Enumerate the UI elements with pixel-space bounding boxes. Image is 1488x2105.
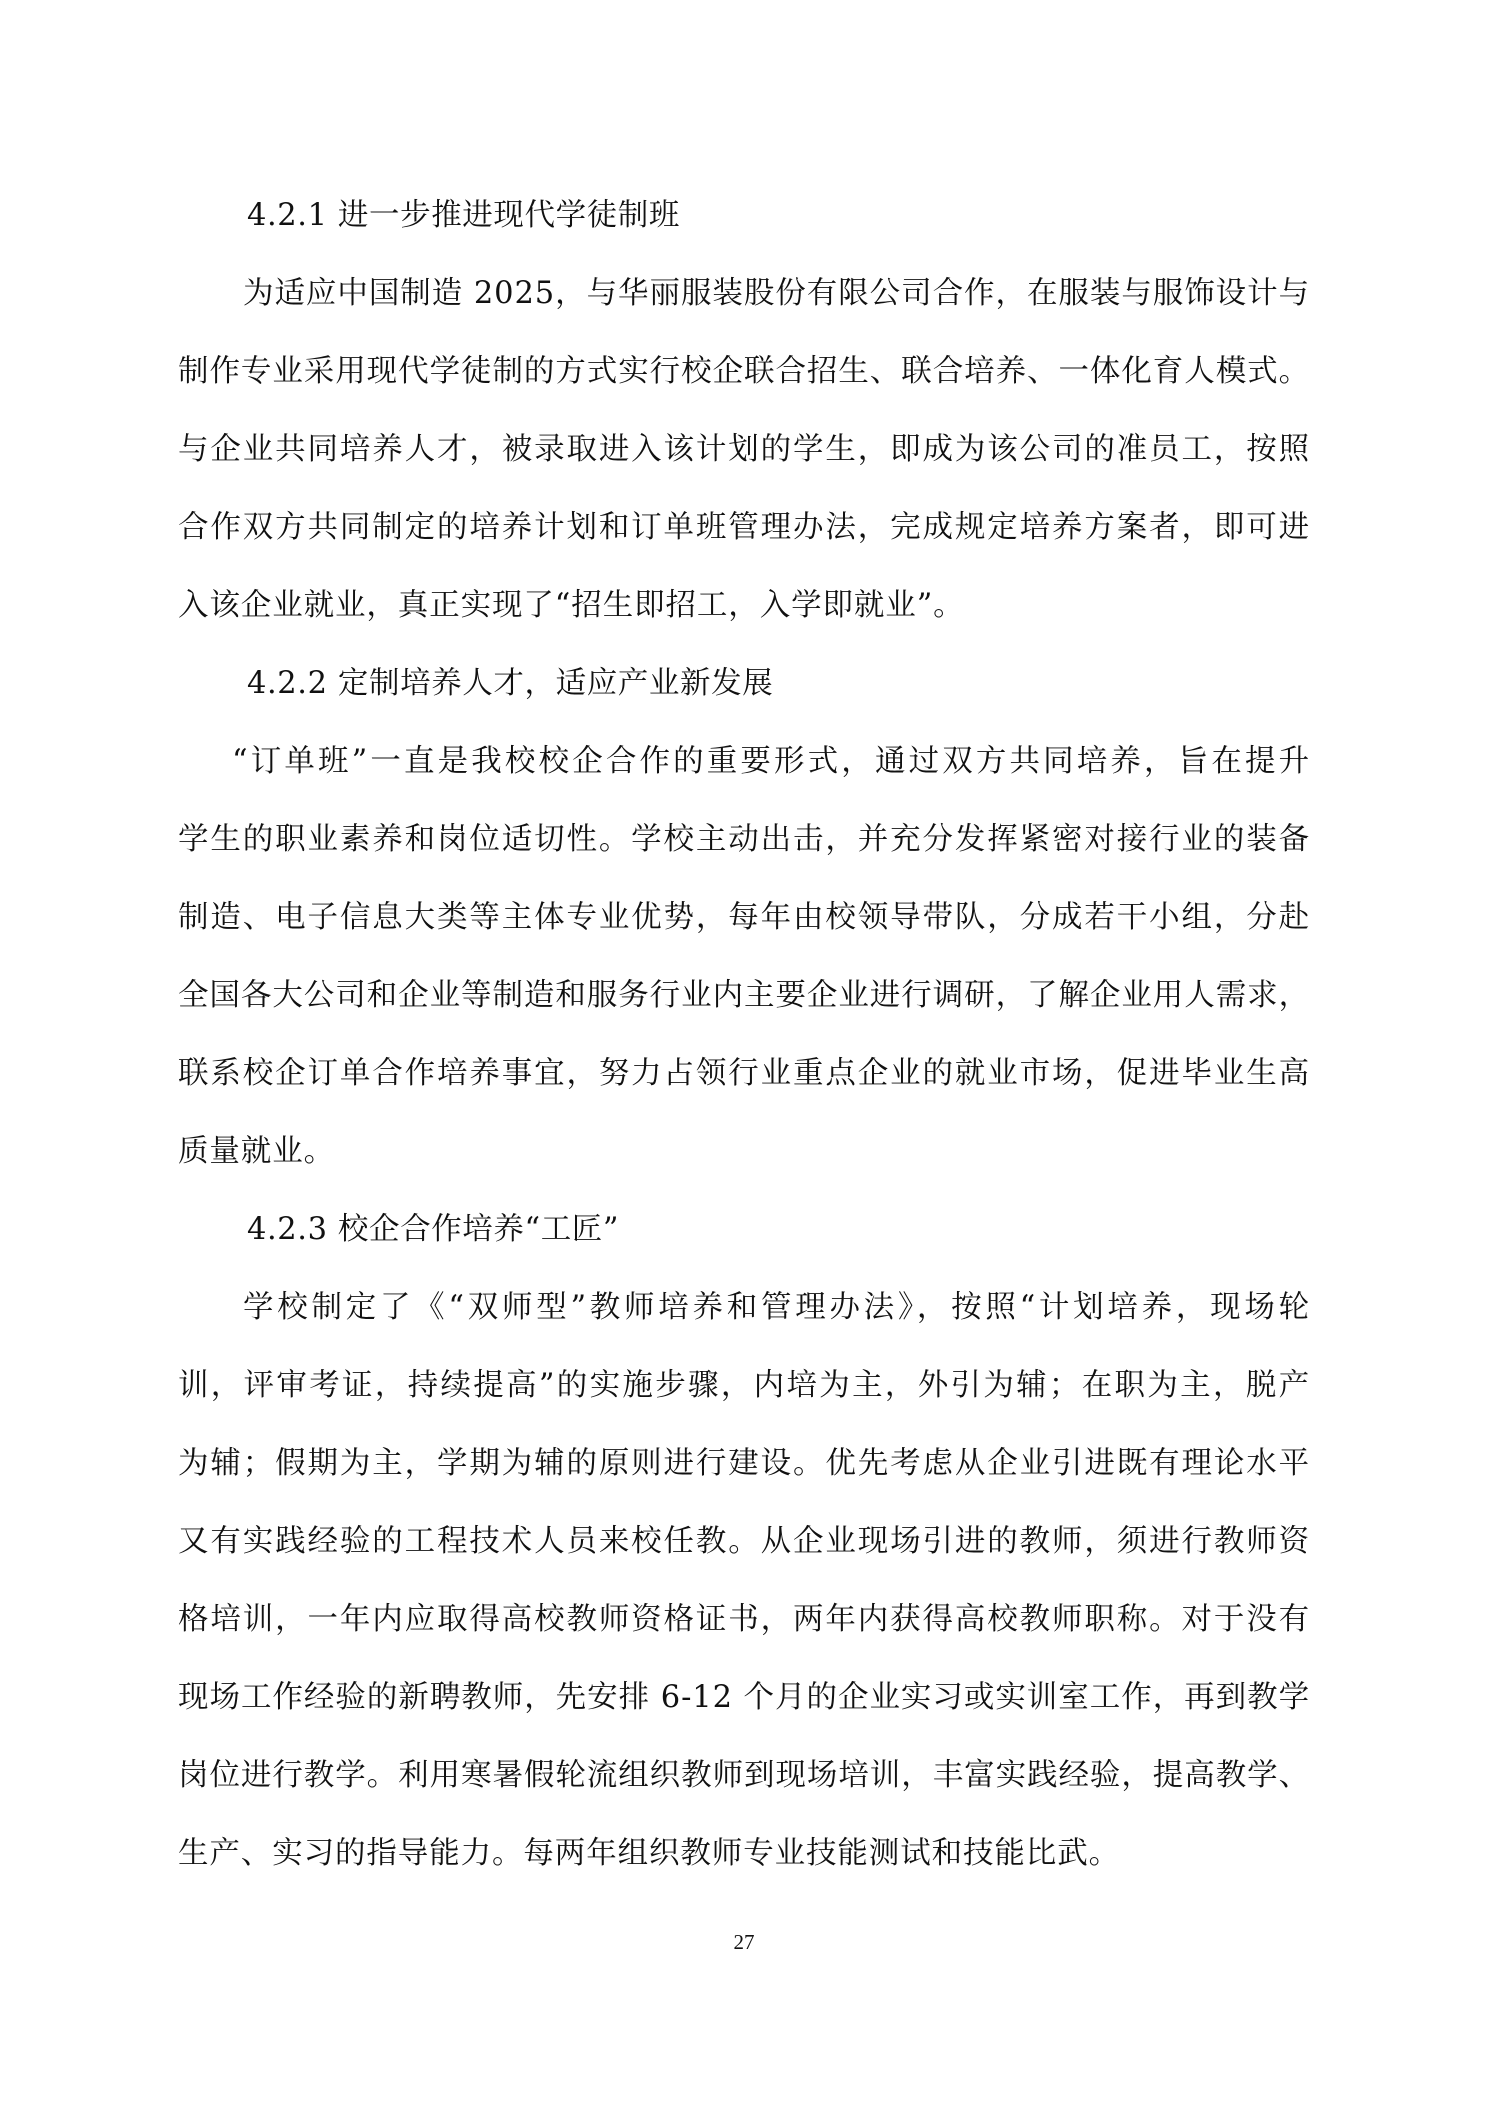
- paragraph-line: 制作专业采用现代学徒制的方式实行校企联合招生、联合培养、一体化育人模式。: [178, 352, 1310, 392]
- page-number: 27: [724, 1928, 764, 1956]
- paragraph-line: 联系校企订单合作培养事宜，努力占领行业重点企业的就业市场，促进毕业生高: [178, 1054, 1310, 1094]
- section-heading-4-2-3: 4.2.3 校企合作培养“工匠”: [247, 1210, 619, 1250]
- paragraph-line: 生产、实习的指导能力。每两年组织教师专业技能测试和技能比武。: [178, 1834, 1310, 1874]
- paragraph-line: “订单班”一直是我校校企合作的重要形式，通过双方共同培养，旨在提升: [232, 742, 1310, 782]
- paragraph-line: 与企业共同培养人才，被录取进入该计划的学生，即成为该公司的准员工，按照: [178, 430, 1310, 470]
- document-page: 4.2.1 进一步推进现代学徒制班 为适应中国制造 2025，与华丽服装股份有限…: [0, 0, 1488, 2105]
- section-heading-4-2-1: 4.2.1 进一步推进现代学徒制班: [247, 196, 680, 236]
- paragraph-line: 质量就业。: [178, 1132, 1310, 1172]
- paragraph-line: 学生的职业素养和岗位适切性。学校主动出击，并充分发挥紧密对接行业的装备: [178, 820, 1310, 860]
- paragraph-line: 合作双方共同制定的培养计划和订单班管理办法，完成规定培养方案者，即可进: [178, 508, 1310, 548]
- paragraph-line: 岗位进行教学。利用寒暑假轮流组织教师到现场培训，丰富实践经验，提高教学、: [178, 1756, 1310, 1796]
- paragraph-line: 现场工作经验的新聘教师，先安排 6-12 个月的企业实习或实训室工作，再到教学: [178, 1678, 1310, 1718]
- paragraph-line: 制造、电子信息大类等主体专业优势，每年由校领导带队，分成若干小组，分赴: [178, 898, 1310, 938]
- paragraph-line: 为辅；假期为主，学期为辅的原则进行建设。优先考虑从企业引进既有理论水平: [178, 1444, 1310, 1484]
- paragraph-line: 为适应中国制造 2025，与华丽服装股份有限公司合作，在服装与服饰设计与: [243, 274, 1310, 314]
- paragraph-line: 全国各大公司和企业等制造和服务行业内主要企业进行调研，了解企业用人需求，: [178, 976, 1310, 1016]
- paragraph-line: 格培训，一年内应取得高校教师资格证书，两年内获得高校教师职称。对于没有: [178, 1600, 1310, 1640]
- paragraph-line: 入该企业就业，真正实现了“招生即招工，入学即就业”。: [178, 586, 1310, 626]
- paragraph-line: 学校制定了《“双师型”教师培养和管理办法》，按照“计划培养，现场轮: [243, 1288, 1310, 1328]
- section-heading-4-2-2: 4.2.2 定制培养人才，适应产业新发展: [247, 664, 773, 704]
- paragraph-line: 又有实践经验的工程技术人员来校任教。从企业现场引进的教师，须进行教师资: [178, 1522, 1310, 1562]
- paragraph-line: 训，评审考证，持续提高”的实施步骤，内培为主，外引为辅；在职为主，脱产: [178, 1366, 1310, 1406]
